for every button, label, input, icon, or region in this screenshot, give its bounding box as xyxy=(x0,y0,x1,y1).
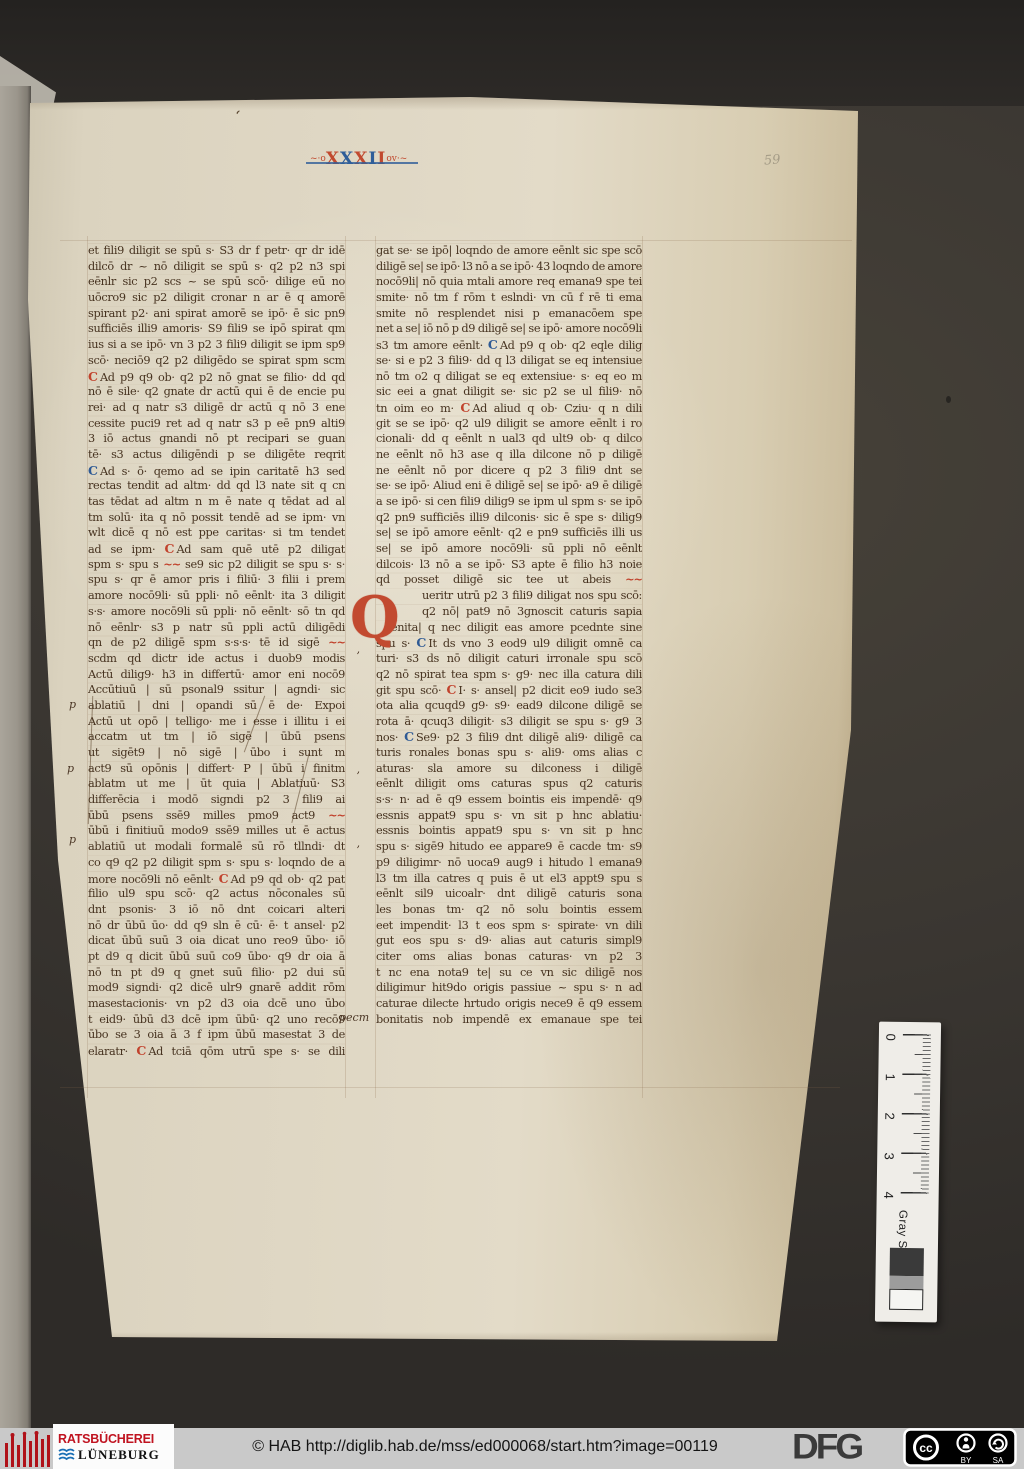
manuscript-line: sufficiēs illi9 amoris· S9 fili9 se ipō … xyxy=(88,321,345,337)
manuscript-line: pt d9 q dicit ūbū suū co9 ūbo· q9 dr oia… xyxy=(88,949,345,965)
manuscript-line: smite· nō tm f rōm t eslndi· vn cū f rē … xyxy=(376,290,642,306)
manuscript-line: se· si e p2 3 fili9· dd q l3 diligat se … xyxy=(376,353,642,369)
paraph-mark-red: C xyxy=(165,541,177,556)
manuscript-line: spu s· qr ē amor pris i filiū· 3 filii i… xyxy=(88,572,345,588)
manuscript-line: ūbū psens ssē9 milles pmo9 act9 ~~ xyxy=(88,808,345,824)
manuscript-line: net a se| iō nō p d9 diligē se| se ipō· … xyxy=(376,321,642,337)
manuscript-line: scō· neciō9 q2 p2 diligēdo se spirat spm… xyxy=(88,353,345,369)
margin-mark: ʼ xyxy=(356,650,360,663)
line-filler-flourish: ~~ xyxy=(163,557,180,571)
manuscript-line: dilcō dr ~ nō diligit se spū s· q2 p2 n3… xyxy=(88,259,345,275)
manuscript-line: caturae dilecte hrtudo origis nece9 ē q9… xyxy=(376,996,642,1012)
manuscript-line: wlt dicē q nō est ppe caritas· si tm ten… xyxy=(88,525,345,541)
manuscript-line: tn oim eo m· CAd aliud q ob· Cziu· q n d… xyxy=(376,400,642,416)
paraph-mark-red: C xyxy=(136,1043,148,1058)
manuscript-line: se| se ipō amore eēnlt· q2 e pn9 suffici… xyxy=(376,525,642,541)
manuscript-line: rei· ad q natr s3 diligē dr actū q nō 3 … xyxy=(88,400,345,416)
manuscript-line: eēnlt sil9 uicoalr· dnt diligē caturis s… xyxy=(376,886,642,902)
manuscript-line: dilcois· l3 nō a se ipō· S3 apte ē filio… xyxy=(376,557,642,573)
library-city: LÜNEBURG xyxy=(78,1447,160,1463)
manuscript-line: genita| q nec diligit eas amore pcednte … xyxy=(376,620,642,636)
manuscript-line: citer oms alias bonas caturas· vn p2 3 xyxy=(376,949,642,965)
manuscript-line: spu s· sigē9 hitudo ee appare9 ē cacde t… xyxy=(376,839,642,855)
margin-mark: ʼ xyxy=(356,770,360,783)
text-column-right: gat se· se ipō| loqndo de amore eēnlt si… xyxy=(376,243,642,1027)
margin-mark: p xyxy=(69,833,76,846)
margin-mark: p xyxy=(67,762,74,775)
manuscript-line: git se se ipō· q2 ul9 diligit se amore e… xyxy=(376,416,642,432)
manuscript-line: sic eei a gnat diligit se· sic p2 se ul … xyxy=(376,384,642,400)
backdrop-speck xyxy=(946,396,951,403)
dfg-logo: DFG xyxy=(792,1427,861,1467)
open-book-icon xyxy=(58,1448,75,1462)
manuscript-line: rectas tendit ad altm· dd qd l3 nate sit… xyxy=(88,478,345,494)
manuscript-line: accatm ut tm | iō sigē | ūbū psens xyxy=(88,729,345,745)
manuscript-line: se| se ipō amore nocō9li· sū ppli nō eēn… xyxy=(376,541,642,557)
ruling-line xyxy=(60,1087,840,1088)
manuscript-line: t eid9· ūbū d3 dcē ipm ūbū· q2 uno recō9 xyxy=(88,1012,345,1028)
paraph-mark-red: C xyxy=(460,400,472,415)
manuscript-line: les bonas tm· q2 nō solu bointis essem xyxy=(376,902,642,918)
gray-swatch-dark xyxy=(890,1248,924,1276)
manuscript-line: ius si a se ipō· vn 3 p2 3 fili9 diligit… xyxy=(88,337,345,353)
manuscript-line: ne eēnlt nō h3 ase q illa dilcone nō p d… xyxy=(376,447,642,463)
heading-letters: XXXII xyxy=(326,149,387,169)
folio-number: 59 xyxy=(763,152,781,168)
manuscript-line: p9 diligimr· nō uoca9 aug9 i hitudo l em… xyxy=(376,855,642,871)
line-filler-flourish: ~~ xyxy=(328,635,345,649)
manuscript-line: 3 iō actus gnandi nō pt recipari se guan xyxy=(88,431,345,447)
manuscript-line: nō tm o2 q diligat se eq extensiue· s· e… xyxy=(376,369,642,385)
manuscript-line: scdm qd dictr ide actus i duob9 modis xyxy=(88,651,345,667)
manuscript-line: CAd p9 q9 ob· q2 p2 nō gnat se filio· dd… xyxy=(88,369,345,385)
manuscript-line: ablatm ut me | ūt quia | Ablatiuū· S3 xyxy=(88,776,345,792)
paraph-mark-red: C xyxy=(219,871,231,886)
manuscript-line: ne eēnlt nō por dicere q p2 3 fili9 dnt … xyxy=(376,463,642,479)
manuscript-line: spu s· CIt ds vno 3 eod9 ul9 diligit omn… xyxy=(376,635,642,651)
ratsbuecherei-pipes-icon xyxy=(4,1431,52,1468)
manuscript-line: eet impendit· l3 t eos spm s· spirate· v… xyxy=(376,918,642,934)
manuscript-line: diligimur hit9do origis passiue ~ spu s·… xyxy=(376,980,642,996)
manuscript-line: co q9 q2 p2 diligit spm s· spu s· loqndo… xyxy=(88,855,345,871)
margin-mark: ʼ xyxy=(356,844,360,857)
manuscript-line: essnis bointis appat9 spu s· vn sit p hn… xyxy=(376,823,642,839)
manuscript-line: spm s· spu s ~~ se9 sic p2 diligit se sp… xyxy=(88,557,345,573)
ruler-number: 3 xyxy=(882,1149,897,1163)
manuscript-line: CAd s· ō· qemo ad se ipin caritatē h3 se… xyxy=(88,463,345,479)
manuscript-line: s·s· amore nocō9li sū ppli· nō eēnlt· sō… xyxy=(88,604,345,620)
manuscript-line: ad se ipm· CAd sam quē utē p2 diligat xyxy=(88,541,345,557)
manuscript-line: gut eos spu s· d9· alias aut caturis sim… xyxy=(376,933,642,949)
gray-swatch-white xyxy=(889,1289,923,1310)
manuscript-line: amore nocō9li· sū ppli· nō eēnlt· ita 3 … xyxy=(88,588,345,604)
manuscript-line: filio ul9 spu scō· q2 actus nōconales sū xyxy=(88,886,345,902)
manuscript-line: ablatiū ut modali formalē sū rō tllndi· … xyxy=(88,839,345,855)
manuscript-line: spirant p2· ani spirat amorē se ipō· ē s… xyxy=(88,306,345,322)
manuscript-line: dnt psonis· 3 iō nō dnt coicari alteri xyxy=(88,902,345,918)
paraph-mark-red: C xyxy=(446,682,458,697)
manuscript-line: q2 pn9 sufficiēs illi9 dilconis· sic ē s… xyxy=(376,510,642,526)
page-heading-roman-numeral: ~·oXXXIIov·~ xyxy=(310,149,407,173)
manuscript-line: ota alia qcuqd9 g9· s9· ead9 dilcone dil… xyxy=(376,698,642,714)
paraph-mark-blue: C xyxy=(404,729,416,744)
svg-text:SA: SA xyxy=(993,1456,1004,1465)
copyright-url-text: © HAB http://diglib.hab.de/mss/ed000068/… xyxy=(245,1438,725,1456)
manuscript-line: nō eēnlr· s3 p natr sū ppli actū diligēd… xyxy=(88,620,345,636)
line-filler-flourish: ~~ xyxy=(625,572,642,586)
margin-mark: p xyxy=(69,698,76,711)
paraph-mark-blue: C xyxy=(488,337,500,352)
manuscript-line: turis ronales bonas spu s· ali9· oms ali… xyxy=(376,745,642,761)
manuscript-line: rota ā· qcuq3 diligit· s3 diligit se spu… xyxy=(376,714,642,730)
manuscript-line: masestacionis· vn p2 d3 oia dcē uno ūbo xyxy=(88,996,345,1012)
manuscript-line: ūbū i finitiuū modo9 ssē9 milles ut ē ac… xyxy=(88,823,345,839)
library-city-row: LÜNEBURG xyxy=(58,1446,160,1464)
paraph-mark-red: C xyxy=(88,369,100,384)
manuscript-line: ablatiū | dni | opandi sū ē de· Expoi xyxy=(88,698,345,714)
heading-letter: X xyxy=(326,149,340,169)
manuscript-line: gat se· se ipō| loqndo de amore eēnlt si… xyxy=(376,243,642,259)
manuscript-line: qd posset diligē sic tee ut abeis ~~ xyxy=(376,572,642,588)
grayscale-calibration-ruler: 01234 Gray Scale xyxy=(875,1022,941,1323)
ruler-number: 0 xyxy=(883,1030,898,1044)
manuscript-line: cessite puci9 ret ad q natr s3 p eē pn9 … xyxy=(88,416,345,432)
manuscript-line: elaratr· CAd tciā qōm utrū spe s· se dil… xyxy=(88,1043,345,1059)
backdrop-top xyxy=(0,0,1024,106)
ruler-number: 2 xyxy=(882,1109,897,1123)
manuscript-line: nos· CSe9· p2 3 fili9 dnt diligē ali9· d… xyxy=(376,729,642,745)
manuscript-line: q2 nō spirat tea spm s· g9· nec illa cat… xyxy=(376,667,642,683)
facing-page-edge xyxy=(0,86,31,1428)
manuscript-line: qn de p2 diligē spm s·s·s· tē id sigē ~~ xyxy=(88,635,345,651)
manuscript-line: q2 nō| pat9 nō 3gnoscit caturis sapia xyxy=(376,604,642,620)
manuscript-line: dicat ūbū suū 3 oia dicat uno reo9 ūbo· … xyxy=(88,933,345,949)
manuscript-line: tē· s3 actus diligēndi p se diligēte req… xyxy=(88,447,345,463)
manuscript-line: l3 tm illa catres q puis ē ut el3 appt9 … xyxy=(376,871,642,887)
manuscript-line: eēnlt diligit oms caturas spus q2 caturi… xyxy=(376,776,642,792)
manuscript-line: differēcia i modō signdi p2 3 fili9 ai xyxy=(88,792,345,808)
manuscript-line: nō dr ūbū ūo· dd q9 sln ē cū· ē· t ansel… xyxy=(88,918,345,934)
svg-text:BY: BY xyxy=(961,1456,972,1465)
manuscript-line: tas tēdat ad altm n m ē nate q tēdat ad … xyxy=(88,494,345,510)
manuscript-line: uōcro9 sic p2 diligit cronar n ar ē q am… xyxy=(88,290,345,306)
manuscript-line: cionali· dd q eēnlt n ual3 qd ult9 ob· q… xyxy=(376,431,642,447)
manuscript-line: nocō9li| nō quia mtali amore req emana9 … xyxy=(376,274,642,290)
paraph-mark-blue: C xyxy=(416,635,428,650)
ruler-number: 1 xyxy=(883,1070,898,1084)
manuscript-line: a se ipō· si cen fili9 dilig9 se ipm ul … xyxy=(376,494,642,510)
heading-letter: X xyxy=(340,149,354,169)
ruler-number: 4 xyxy=(881,1188,896,1202)
ruling-line xyxy=(60,240,852,241)
manuscript-line: diligē se| se ipō· l3 nō a se ipō· 43 lo… xyxy=(376,259,642,275)
cc-by-sa-license-badge: cc BY SA xyxy=(903,1428,1017,1467)
manuscript-line: more nocō9li nō eēnlt· CAd p9 qd ob· q2 … xyxy=(88,871,345,887)
heading-letter: X xyxy=(354,149,368,169)
line-filler-flourish: ~~ xyxy=(328,808,345,822)
manuscript-line: turi· s3 ds nō diligit caturi irronale s… xyxy=(376,651,642,667)
manuscript-line: se· se ipō· Aliud eni ē diligē se| se ip… xyxy=(376,478,642,494)
manuscript-line: t nc ena nota9 te| su ce vn sic diligē n… xyxy=(376,965,642,981)
ruling-line xyxy=(345,236,346,1098)
manuscript-line: mod9 signdi· q2 dicē ulr9 gnarē addit rō… xyxy=(88,980,345,996)
svg-text:cc: cc xyxy=(919,1441,933,1455)
illuminated-initial-Q: Q xyxy=(350,588,400,648)
ruler-numbers: 01234 xyxy=(879,1022,941,1023)
manuscript-line: s·s· n· ad ē q9 essem bointis eis impend… xyxy=(376,792,642,808)
gray-swatch-mid xyxy=(889,1276,923,1289)
library-name: RATSBÜCHEREI xyxy=(58,1432,154,1446)
manuscript-line: ūbo se 3 oia ā 3 f ipm ūbū masestat 3 de xyxy=(88,1027,345,1043)
manuscript-line: et fili9 diligit se spū s· S3 dr f petr·… xyxy=(88,243,345,259)
heading-strike-line xyxy=(306,162,418,164)
manuscript-line: smite nō resplendet nisi p emanacōem spe xyxy=(376,306,642,322)
manuscript-line: git spu scō· CI· s· ansel| p2 dicit eo9 … xyxy=(376,682,642,698)
margin-mark: pecm xyxy=(339,1011,369,1024)
manuscript-line: Actū ut opō | telligo· me i esse i illit… xyxy=(88,714,345,730)
manuscript-line: nō ē sile· q2 gnate dr actū qui ē de enc… xyxy=(88,384,345,400)
manuscript-line: aturas· sla amore su dilconess i diligē xyxy=(376,761,642,777)
manuscript-line: eēnlr sic p2 scs ~ se spū scō· dilige eū… xyxy=(88,274,345,290)
manuscript-line: bonitatis nob impendē ex emanaue spe tei xyxy=(376,1012,642,1028)
manuscript-line: Accūtiuū | sū psonal9 ssitur | agndi· si… xyxy=(88,682,345,698)
manuscript-line: essnis appat9 spu s· vn sit p hnc ablati… xyxy=(376,808,642,824)
text-column-left: et fili9 diligit se spū s· S3 dr f petr·… xyxy=(88,243,345,1059)
manuscript-line: nō tn pt d9 q gnet suū filio· p2 dui sū xyxy=(88,965,345,981)
ruling-line xyxy=(642,236,643,1098)
paraph-mark-blue: C xyxy=(88,463,100,478)
manuscript-line: tm solū· ita q nō possit tendē ad se ipm… xyxy=(88,510,345,526)
ruler-ticks-minor xyxy=(921,1034,931,1194)
manuscript-line: ueritr utrū p2 3 fili9 diligat nos spu s… xyxy=(376,588,642,604)
manuscript-line: s3 tm amore eēnlt· CAd p9 q ob· q2 eqle … xyxy=(376,337,642,353)
scan-viewport: ~·oXXXIIov·~ 59 ʻ et fili9 diligit se sp… xyxy=(0,0,1024,1469)
manuscript-line: Actū dilig9· h3 in differtū· amor eni no… xyxy=(88,667,345,683)
heading-letter: I xyxy=(377,149,386,169)
